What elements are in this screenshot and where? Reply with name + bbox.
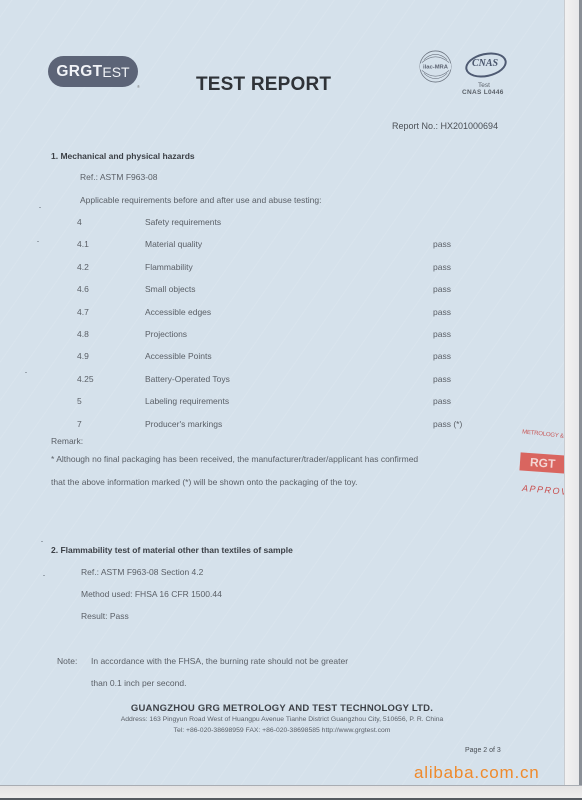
scan-right-edge: [564, 0, 582, 800]
logo-light-text: EST: [102, 64, 129, 80]
section1-intro: Applicable requirements before and after…: [80, 195, 321, 205]
section1-heading: 1. Mechanical and physical hazards: [51, 151, 195, 161]
requirement-name: Accessible edges: [145, 307, 211, 317]
report-page: GRGTEST ® TEST REPORT ilac-MRA CNAS Test…: [0, 0, 564, 785]
requirement-result: pass (*): [433, 419, 462, 429]
section1-ref: Ref.: ASTM F963-08: [80, 172, 157, 182]
requirement-result: pass: [433, 374, 451, 384]
scan-speck: [39, 207, 41, 208]
requirement-code: 7: [77, 419, 82, 429]
remark-line-1: * Although no final packaging has been r…: [51, 454, 418, 464]
requirement-code: 4.2: [77, 262, 89, 272]
cnas-sub-label: Test: [478, 82, 490, 89]
requirement-result: pass: [433, 239, 451, 249]
section2-heading: 2. Flammability test of material other t…: [51, 545, 293, 555]
requirement-code: 5: [77, 396, 82, 406]
scan-speck: [37, 241, 39, 242]
requirement-result: pass: [433, 396, 451, 406]
alibaba-watermark: alibaba.com.cn: [414, 763, 540, 783]
requirement-result: pass: [433, 351, 451, 361]
requirement-name: Labeling requirements: [145, 396, 229, 406]
requirement-name: Producer's markings: [145, 419, 222, 429]
note-line-2: than 0.1 inch per second.: [91, 678, 186, 688]
page-title: TEST REPORT: [196, 74, 331, 96]
cnas-number: CNAS L0446: [462, 89, 504, 96]
requirement-result: pass: [433, 329, 451, 339]
note-line-1: In accordance with the FHSA, the burning…: [91, 656, 348, 666]
trademark-mark: ®: [137, 84, 140, 89]
requirement-name: Material quality: [145, 239, 202, 249]
requirement-code: 4.9: [77, 351, 89, 361]
footer-contact: Tel: +86-020-38698959 FAX: +86-020-38698…: [0, 727, 564, 734]
note-label: Note:: [57, 656, 77, 666]
section2-result: Result: Pass: [81, 611, 129, 621]
requirement-code: 4.1: [77, 239, 89, 249]
requirement-result: pass: [433, 262, 451, 272]
scan-speck: [41, 541, 43, 542]
scan-bottom-edge: [0, 785, 582, 800]
requirement-code: 4.25: [77, 374, 94, 384]
requirement-name: Accessible Points: [145, 351, 212, 361]
scan-speck: [25, 372, 27, 373]
footer-address: Address: 163 Pingyun Road West of Huangp…: [0, 716, 564, 723]
requirement-code: 4.7: [77, 307, 89, 317]
requirement-name: Projections: [145, 329, 187, 339]
svg-text:ilac-MRA: ilac-MRA: [423, 64, 449, 70]
ilac-mra-icon: ilac-MRA: [418, 49, 453, 84]
scan-speck: [43, 575, 45, 576]
requirement-result: pass: [433, 307, 451, 317]
logo-bold-text: GRGT: [56, 63, 102, 81]
requirement-name: Flammability: [145, 262, 193, 272]
section2-method: Method used: FHSA 16 CFR 1500.44: [81, 589, 222, 599]
report-number: Report No.: HX201000694: [392, 121, 498, 131]
grgtest-logo: GRGTEST: [48, 56, 138, 87]
remark-label: Remark:: [51, 436, 83, 446]
approval-stamp-box-text: RGT: [530, 455, 556, 471]
cnas-label: CNAS: [472, 58, 498, 69]
approval-stamp-bottom: APPROV: [522, 483, 569, 497]
requirement-code: 4.8: [77, 329, 89, 339]
approval-stamp-box: RGT: [519, 452, 566, 473]
requirement-name: Small objects: [145, 284, 196, 294]
page-number: Page 2 of 3: [465, 747, 501, 754]
footer-company: GUANGZHOU GRG METROLOGY AND TEST TECHNOL…: [0, 703, 564, 714]
requirement-name: Battery-Operated Toys: [145, 374, 230, 384]
requirement-code: 4: [77, 217, 82, 227]
requirement-name: Safety requirements: [145, 217, 221, 227]
requirement-code: 4.6: [77, 284, 89, 294]
section2-ref: Ref.: ASTM F963-08 Section 4.2: [81, 567, 203, 577]
remark-line-2: that the above information marked (*) wi…: [51, 477, 358, 487]
requirement-result: pass: [433, 284, 451, 294]
